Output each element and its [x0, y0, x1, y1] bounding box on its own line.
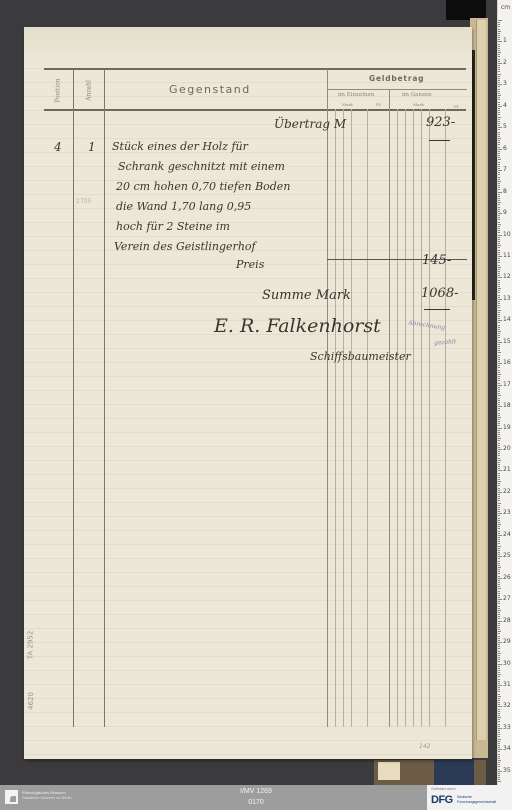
dfg-name-line-2: Forschungsgemeinschaft — [457, 800, 496, 805]
col-line-anzahl — [104, 69, 105, 727]
ruler-tick — [498, 378, 500, 379]
ruler-tick — [498, 322, 500, 323]
ruler-label: 8 — [503, 188, 507, 195]
ruler-tick — [498, 500, 500, 501]
ruler-tick — [498, 507, 500, 508]
page-stack-bottom — [374, 760, 486, 785]
ruler-label: 35 — [503, 767, 511, 774]
ruler-tick — [498, 46, 500, 47]
ruler-tick — [498, 282, 500, 283]
ruler-tick — [498, 82, 500, 83]
ruler-tick — [498, 247, 500, 248]
ruler-tick — [498, 149, 502, 150]
ruler-tick — [498, 335, 500, 336]
header-anzahl: Anzahl — [86, 71, 93, 111]
ruler-tick — [498, 254, 500, 255]
ruler-tick — [498, 666, 500, 667]
ruler-tick — [498, 80, 500, 81]
ruler-tick — [498, 292, 500, 293]
geldbetrag-divider — [327, 89, 467, 90]
ruler-tick — [498, 301, 500, 302]
ruler-tick — [498, 181, 501, 182]
ruler-tick — [498, 531, 500, 532]
ruler-label: 23 — [503, 509, 511, 516]
ruler-tick — [498, 653, 501, 654]
ruler-tick — [498, 157, 500, 158]
ruler-tick — [498, 539, 500, 540]
ruler-tick — [498, 37, 500, 38]
ruler-tick — [498, 108, 500, 109]
ruler-label: 12 — [503, 273, 511, 280]
ruler-tick — [498, 230, 500, 231]
ruler-tick — [498, 573, 500, 574]
ruler-tick — [498, 400, 500, 401]
ruler-tick — [498, 86, 500, 87]
ruler-label: 16 — [503, 359, 511, 366]
ruler-label: 34 — [503, 745, 511, 752]
ruler-tick — [498, 582, 500, 583]
ruler-tick — [498, 265, 500, 266]
ruler-tick — [498, 391, 500, 392]
ruler-tick — [498, 687, 500, 688]
ruler-tick — [498, 625, 500, 626]
header-gegenstand: Gegenstand — [169, 83, 251, 96]
ruler-tick — [498, 71, 500, 72]
ruler-tick — [498, 74, 501, 75]
ruler-tick — [498, 84, 502, 85]
ruler-tick — [498, 621, 502, 622]
ruler-tick — [498, 142, 500, 143]
ruler-tick — [498, 781, 501, 782]
ruler-tick — [498, 777, 500, 778]
ruler-tick — [498, 468, 500, 469]
col-line-gegenstand — [327, 69, 328, 727]
ruler-tick — [498, 436, 500, 437]
ruler-tick — [498, 640, 500, 641]
ruler-tick — [498, 207, 500, 208]
ruler-tick — [498, 779, 500, 780]
entry-amount: 145- — [422, 253, 451, 268]
ruler-tick — [498, 421, 500, 422]
entry-line: Verein des Geistlingerhof — [114, 240, 256, 253]
ruler-tick — [498, 685, 502, 686]
ruler-tick — [498, 623, 500, 624]
ruler-tick — [498, 168, 500, 169]
ruler-tick — [498, 694, 500, 695]
ruler-tick — [498, 661, 500, 662]
ruler-tick — [498, 749, 502, 750]
ruler-tick — [498, 745, 500, 746]
ruler-tick — [498, 548, 500, 549]
entry-line: die Wand 1,70 lang 0,95 — [116, 200, 251, 213]
ruler-tick — [498, 601, 500, 602]
paper-scrap — [378, 762, 400, 780]
ruler-tick — [498, 732, 500, 733]
ruler-tick — [498, 404, 500, 405]
ruler-tick — [498, 63, 502, 64]
ruler-label: 30 — [503, 660, 511, 667]
ruler-tick — [498, 95, 501, 96]
ruler-tick — [498, 61, 500, 62]
ruler-tick — [498, 659, 500, 660]
page-stack-edge — [476, 20, 486, 740]
ruler-tick — [498, 372, 500, 373]
ruler-tick — [498, 413, 500, 414]
ruler-tick — [498, 262, 500, 263]
ruler-tick — [498, 52, 501, 53]
ruler-tick — [498, 462, 500, 463]
total-underline — [424, 309, 450, 310]
ruler-tick — [498, 194, 500, 195]
ruler-tick — [498, 631, 501, 632]
ruler-tick — [498, 310, 501, 311]
ruler-tick — [498, 134, 500, 135]
ruler-tick — [498, 721, 500, 722]
ruler-tick — [498, 112, 500, 113]
ruler-tick — [498, 275, 500, 276]
ruler-tick — [498, 704, 500, 705]
entry-price-label: Preis — [236, 258, 264, 271]
ruler-tick — [498, 125, 500, 126]
ruler-tick — [498, 219, 500, 220]
ruler-tick — [498, 550, 500, 551]
ruler-tick — [498, 595, 500, 596]
ruler-tick — [498, 428, 502, 429]
ruler-tick — [498, 569, 500, 570]
ruler-tick — [498, 636, 500, 637]
ruler-label: 20 — [503, 445, 511, 452]
ruler-tick — [498, 546, 501, 547]
ruler-tick — [498, 132, 500, 133]
ruler-tick — [498, 537, 500, 538]
ruler-tick — [498, 719, 500, 720]
ruler-tick — [498, 102, 500, 103]
ruler-tick — [498, 698, 500, 699]
ruler-tick — [498, 65, 500, 66]
entry-pencil-note: 2705 — [76, 198, 91, 205]
ruler-tick — [498, 518, 500, 519]
ruler-tick — [498, 702, 500, 703]
ruler-tick — [498, 747, 500, 748]
ruler-tick — [498, 337, 500, 338]
ruler-tick — [498, 31, 501, 32]
ruler-tick — [498, 93, 500, 94]
ruler-label: 9 — [503, 209, 507, 216]
ruler-tick — [498, 490, 500, 491]
ruler-tick — [498, 138, 501, 139]
ruler-tick — [498, 307, 500, 308]
ruler-tick — [498, 290, 500, 291]
ruler-tick — [498, 204, 500, 205]
ruler-tick — [498, 453, 500, 454]
ruler-tick — [498, 29, 500, 30]
entry-position: 4 — [54, 140, 62, 154]
ruler-tick — [498, 256, 502, 257]
ruler-tick — [498, 121, 500, 122]
ruler-tick — [498, 228, 500, 229]
ruler-tick — [498, 535, 502, 536]
ruler-tick — [498, 696, 501, 697]
ruler-tick — [498, 610, 501, 611]
total-amount: 1068- — [421, 286, 458, 301]
ruler-tick — [498, 432, 500, 433]
money-subline — [367, 109, 368, 727]
ruler-tick — [498, 657, 500, 658]
ruler-tick — [498, 69, 500, 70]
ruler-tick — [498, 762, 500, 763]
ruler-tick — [498, 151, 500, 152]
funded-by: Gefördert durch — [431, 787, 456, 791]
ruler-tick — [498, 144, 500, 145]
ruler-tick — [498, 252, 500, 253]
ruler-tick — [498, 455, 500, 456]
ruler-tick — [498, 408, 500, 409]
ruler-tick — [498, 312, 500, 313]
ruler-label: 26 — [503, 574, 511, 581]
ruler-label: 1 — [503, 37, 507, 44]
ruler-tick — [498, 425, 500, 426]
ruler-tick — [498, 342, 502, 343]
header-mark-2: Mark — [413, 102, 424, 107]
ruler-tick — [498, 217, 500, 218]
ruler-tick — [498, 346, 500, 347]
ruler-tick — [498, 106, 502, 107]
ruler-tick — [498, 458, 500, 459]
ruler-tick — [498, 250, 500, 251]
ruler-tick — [498, 99, 500, 100]
ruler-tick — [498, 773, 500, 774]
ruler-tick — [498, 691, 500, 692]
ruler-tick — [498, 728, 502, 729]
ruler-tick — [498, 419, 500, 420]
header-top-rule — [44, 68, 466, 70]
ruler-label: 25 — [503, 552, 511, 559]
ruler-tick — [498, 26, 500, 27]
ruler-tick — [498, 209, 500, 210]
ruler-tick — [498, 374, 501, 375]
ruler-tick — [498, 50, 500, 51]
ruler-tick — [498, 140, 500, 141]
ruler-tick — [498, 241, 500, 242]
ruler-tick — [498, 447, 500, 448]
ruler-tick — [498, 668, 500, 669]
ruler-tick — [498, 679, 500, 680]
ruler-tick — [498, 380, 500, 381]
ruler-label: 7 — [503, 166, 507, 173]
ruler-label: 13 — [503, 295, 511, 302]
ruler-tick — [498, 340, 500, 341]
ruler-tick — [498, 664, 502, 665]
dfg-logo-icon: DFG — [431, 794, 453, 806]
ruler-tick — [498, 743, 500, 744]
ruler-tick — [498, 348, 500, 349]
ruler-tick — [498, 318, 500, 319]
ruler-tick — [498, 35, 500, 36]
ruler-tick — [498, 655, 500, 656]
ruler-label: 28 — [503, 617, 511, 624]
ruler-tick — [498, 578, 502, 579]
ruler-tick — [498, 470, 502, 471]
ruler-tick — [498, 464, 500, 465]
dfg-name: Deutsche Forschungsgemeinschaft — [457, 795, 496, 804]
ruler-tick — [498, 503, 501, 504]
ruler-tick — [498, 170, 502, 171]
ruler-label: 10 — [503, 231, 511, 238]
ruler-tick — [498, 385, 502, 386]
ruler-label: 22 — [503, 488, 511, 495]
ruler-tick — [498, 700, 500, 701]
ruler-tick — [498, 258, 500, 259]
ruler-tick — [498, 642, 502, 643]
money-subline — [351, 109, 352, 727]
ruler-tick — [498, 402, 500, 403]
ruler-tick — [498, 593, 500, 594]
ruler-tick — [498, 554, 500, 555]
signature-title: Schiffsbaumeister — [310, 350, 411, 363]
ruler-tick — [498, 89, 500, 90]
ruler-tick — [498, 267, 501, 268]
invoice-sheet: Position Anzahl Gegenstand Geldbetrag im… — [24, 27, 472, 759]
ruler-tick — [498, 97, 500, 98]
ruler-tick — [498, 543, 500, 544]
ruler-tick — [498, 492, 502, 493]
ruler-tick — [498, 333, 500, 334]
carried-over-label: Übertrag M — [274, 117, 346, 131]
dfg-credit: Gefördert durch DFG Deutsche Forschungsg… — [427, 785, 512, 810]
ruler-tick — [498, 580, 500, 581]
margin-inventory-number: 4620 — [27, 692, 35, 710]
ruler-tick — [498, 766, 500, 767]
ruler-tick — [498, 423, 500, 424]
ruler-tick — [498, 172, 500, 173]
ruler-tick — [498, 277, 502, 278]
ruler-tick — [498, 511, 500, 512]
ruler-tick — [498, 629, 500, 630]
archive-footer: Ethnologisches Museum Staatliche Museen … — [0, 785, 512, 810]
ruler-tick — [498, 775, 500, 776]
ruler-label: 15 — [503, 338, 511, 345]
carried-over-amount: 923- — [426, 115, 455, 130]
ruler-tick — [498, 202, 501, 203]
ruler-label: 5 — [503, 123, 507, 130]
ruler-tick — [498, 608, 500, 609]
signature-name: E. R. Falkenhorst — [214, 315, 381, 337]
ruler-tick — [498, 357, 500, 358]
bottom-pencil-note: 142 — [419, 743, 430, 750]
header-im-einzelnen: im Einzelnen — [338, 92, 374, 98]
ruler-tick — [498, 709, 500, 710]
ruler-label: 2 — [503, 59, 507, 66]
ruler-tick — [498, 164, 500, 165]
ruler-tick — [498, 526, 500, 527]
ruler-tick — [498, 48, 500, 49]
ruler-tick — [498, 91, 500, 92]
ruler-tick — [498, 325, 500, 326]
ruler-tick — [498, 119, 500, 120]
ruler-tick — [498, 561, 500, 562]
ruler-tick — [498, 475, 500, 476]
ruler-tick — [498, 110, 500, 111]
folder-edge — [434, 760, 474, 785]
ruler-tick — [498, 280, 500, 281]
ruler-tick — [498, 552, 500, 553]
ruler-tick — [498, 344, 500, 345]
ruler-tick — [498, 711, 500, 712]
entry-line: hoch für 2 Steine im — [116, 220, 230, 233]
ruler-tick — [498, 445, 500, 446]
ruler-tick — [498, 651, 500, 652]
ruler-tick — [498, 398, 500, 399]
ruler-tick — [498, 618, 500, 619]
ruler-tick — [498, 724, 500, 725]
ruler-label: 21 — [503, 466, 511, 473]
ruler-tick — [498, 211, 500, 212]
ruler-tick — [498, 646, 500, 647]
ruler-tick — [498, 67, 500, 68]
ruler-tick — [498, 284, 500, 285]
ruler-tick — [498, 200, 500, 201]
ruler-tick — [498, 295, 500, 296]
ruler-tick — [498, 232, 500, 233]
ruler-tick — [498, 127, 502, 128]
money-subline — [413, 109, 414, 727]
ruler-tick — [498, 159, 501, 160]
ruler-tick — [498, 179, 500, 180]
ruler-tick — [498, 576, 500, 577]
ruler-label: 24 — [503, 531, 511, 538]
ruler-tick — [498, 331, 501, 332]
ruler-tick — [498, 528, 500, 529]
ruler-tick — [498, 78, 500, 79]
ruler-tick — [498, 734, 500, 735]
ruler-tick — [498, 41, 502, 42]
ruler-tick — [498, 473, 500, 474]
ruler-tick — [498, 215, 500, 216]
ruler-tick — [498, 239, 500, 240]
ruler-tick — [498, 488, 500, 489]
ruler-tick — [498, 245, 501, 246]
ruler-tick — [498, 162, 500, 163]
ruler-tick — [498, 235, 502, 236]
ruler-tick — [498, 299, 502, 300]
ruler-tick — [498, 599, 502, 600]
ruler-tick — [498, 676, 500, 677]
ruler-tick — [498, 606, 500, 607]
ruler-tick — [498, 706, 502, 707]
ruler-tick — [498, 760, 501, 761]
ruler-tick — [498, 269, 500, 270]
ruler-tick — [498, 571, 500, 572]
ruler-tick — [498, 756, 500, 757]
ruler-tick — [498, 383, 500, 384]
ruler-tick — [498, 496, 500, 497]
ruler-tick — [498, 44, 500, 45]
ruler-tick — [498, 477, 500, 478]
ruler-tick — [498, 174, 500, 175]
header-pf-1: Pf. — [376, 102, 381, 107]
money-subline — [405, 109, 406, 727]
ruler-tick — [498, 136, 500, 137]
ruler-label: 4 — [503, 102, 507, 109]
ruler-tick — [498, 129, 500, 130]
ruler-tick — [498, 751, 500, 752]
sheet-fold — [24, 27, 472, 57]
ruler-tick — [498, 586, 500, 587]
ruler-tick — [498, 389, 500, 390]
carried-over-underline — [429, 140, 450, 141]
ruler-tick — [498, 689, 500, 690]
ruler-tick — [498, 213, 502, 214]
